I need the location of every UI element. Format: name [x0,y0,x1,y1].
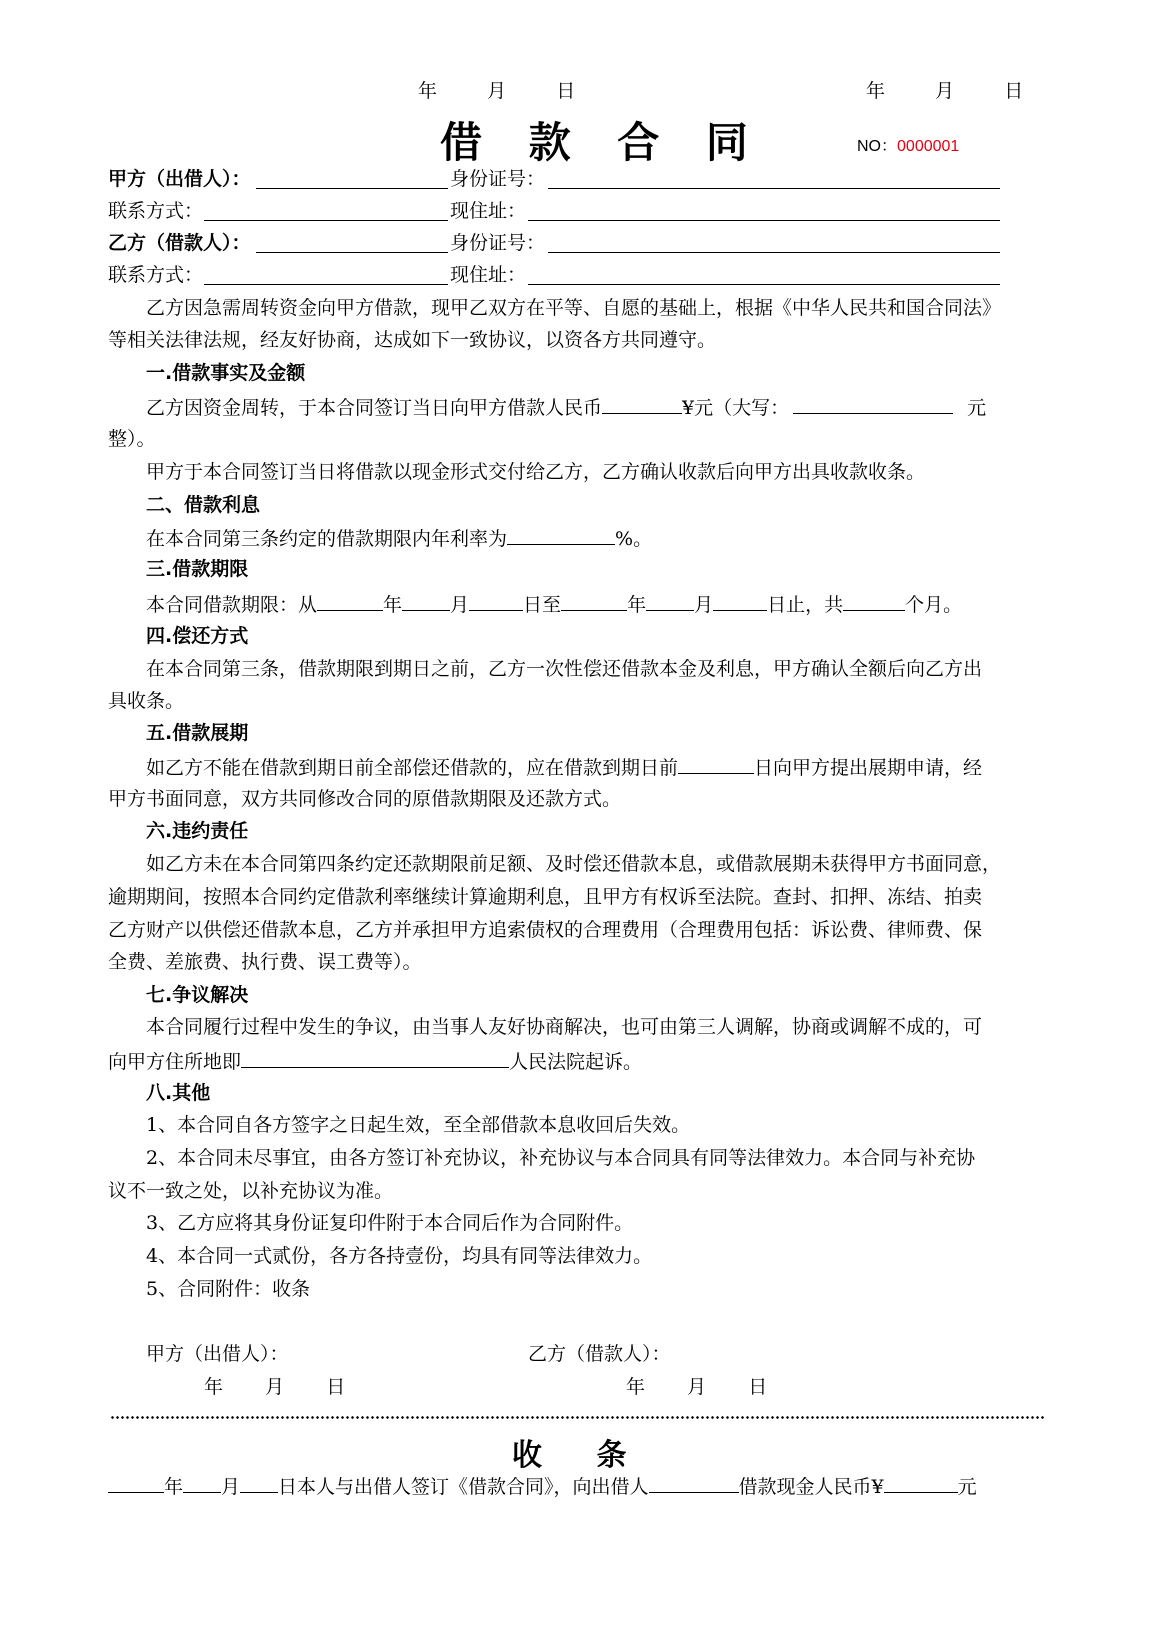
section-8-item-3: 3、乙方应将其身份证复印件附于本合同后作为合同附件。 [146,1212,633,1234]
section-8-item-5: 5、合同附件：收条 [146,1278,310,1300]
text: 在本合同第三条约定的借款期限内年利率为 [146,528,507,550]
section-8-item-4: 4、本合同一式贰份，各方各持壹份，均具有同等法律效力。 [146,1245,652,1267]
lender-id-field[interactable] [548,188,1000,189]
section-1-paragraph-1-cont: 整）。 [108,428,156,450]
month-label: 月 [265,1376,284,1398]
interest-rate-field[interactable] [507,526,615,545]
loan-contract-page: 年 月 日 年 月 日 借 款 合 同 NO：0000001 甲方（出借人）： … [0,0,1166,1651]
section-2-paragraph: 在本合同第三条约定的借款期限内年利率为%。 [146,526,652,550]
text: 向甲方住所地即 [108,1051,241,1073]
receipt-title: 收 条 [512,1430,648,1474]
receipt-amount-field[interactable] [884,1474,958,1493]
borrower-contact-field[interactable] [204,284,448,285]
text: 乙方因资金周转，于本合同签订当日向甲方借款人民币 [146,397,602,419]
lender-contact-field[interactable] [204,220,448,221]
section-4-line-1: 在本合同第三条，借款期限到期日之前，乙方一次性偿还借款本金及利息，甲方确认全额后… [146,658,982,680]
receipt-year-field[interactable] [108,1474,164,1493]
text: 日至 [523,594,561,616]
text: 月 [221,1476,240,1498]
total-months-field[interactable] [843,592,905,611]
intro-line-1: 乙方因急需周转资金向甲方借款，现甲乙双方在平等、自愿的基础上，根据《中华人民共和… [146,297,1001,319]
document-title: 借 款 合 同 [440,110,764,170]
borrower-address-label: 现住址： [450,264,526,286]
borrower-label: 乙方（借款人）： [108,232,251,254]
section-7-line-1: 本合同履行过程中发生的争议，由当事人友好协商解决，也可由第三人调解，协商或调解不… [146,1016,982,1038]
lender-signature-label[interactable]: 甲方（出借人）： [146,1343,289,1365]
year-label: 年 [866,80,885,102]
text: 日向甲方提出展期申请，经 [754,757,982,779]
year-label: 年 [204,1376,223,1398]
text: 月 [694,594,713,616]
section-1-paragraph-1: 乙方因资金周转，于本合同签订当日向甲方借款人民币¥元（大写：元 [146,395,986,419]
lender-name-field[interactable] [256,188,448,189]
month-label: 月 [935,80,954,102]
month-label: 月 [487,80,506,102]
loan-amount-words-field[interactable] [793,395,953,414]
lender-id-label: 身份证号： [450,168,545,190]
contract-number-label: NO： [857,138,897,155]
lender-address-label: 现住址： [450,200,526,222]
intro-line-2: 等相关法律法规，经友好协商，达成如下一致协议，以资各方共同遵守。 [108,329,716,351]
extension-days-field[interactable] [678,755,754,774]
dotted-cut-line [110,1416,1045,1419]
section-6-line-3: 乙方财产以供偿还借款本息，乙方并承担甲方追索债权的合理费用（合理费用包括：诉讼费… [108,919,982,941]
contract-number-value: 0000001 [897,138,959,155]
text: 本合同借款期限：从 [146,594,317,616]
borrower-signature-label[interactable]: 乙方（借款人）： [528,1343,671,1365]
section-8-item-2-line-2: 议不一致之处，以补充协议为准。 [108,1180,393,1202]
borrower-signature-date: 年 月 日 [626,1376,767,1398]
year-label: 年 [626,1376,645,1398]
borrower-name-field[interactable] [256,252,448,253]
text: 人民法院起诉。 [509,1051,642,1073]
start-day-field[interactable] [469,592,523,611]
day-label: 日 [556,80,575,102]
month-label: 月 [687,1376,706,1398]
header-date-right: 年 月 日 [866,80,1023,102]
day-label: 日 [1004,80,1023,102]
section-4-line-2: 具收条。 [108,690,184,712]
borrower-id-field[interactable] [548,252,1000,253]
text: 年 [627,594,646,616]
day-label: 日 [326,1376,345,1398]
borrower-address-field[interactable] [528,284,1000,285]
loan-amount-field[interactable] [602,395,682,414]
section-7-line-2: 向甲方住所地即人民法院起诉。 [108,1049,642,1073]
year-label: 年 [418,80,437,102]
section-6-heading: 六.违约责任 [146,820,248,842]
end-day-field[interactable] [713,592,767,611]
section-8-item-1: 1、本合同自各方签字之日起生效，至全部借款本息收回后失效。 [146,1114,690,1136]
receipt-text: 年月日本人与出借人签订《借款合同》，向出借人借款现金人民币¥元 [108,1474,977,1498]
text: 日本人与出借人签订《借款合同》，向出借人 [278,1476,649,1498]
section-1-paragraph-2: 甲方于本合同签订当日将借款以现金形式交付给乙方，乙方确认收款后向甲方出具收款收条… [146,461,925,483]
text: 元 [958,1476,977,1498]
text: 如乙方不能在借款到期日前全部偿还借款的，应在借款到期日前 [146,757,678,779]
section-6-line-2: 逾期期间，按照本合同约定借款利率继续计算逾期利息，且甲方有权诉至法院。查封、扣押… [108,886,982,908]
section-5-heading: 五.借款展期 [146,722,248,744]
start-month-field[interactable] [402,592,450,611]
borrower-id-label: 身份证号： [450,232,545,254]
day-label: 日 [748,1376,767,1398]
text: 月 [450,594,469,616]
end-month-field[interactable] [646,592,694,611]
header-date-left: 年 月 日 [418,80,575,102]
text: ¥元（大写： [682,397,789,419]
court-location-field[interactable] [241,1049,509,1068]
section-8-item-2-line-1: 2、本合同未尽事宜，由各方签订补充协议，补充协议与本合同具有同等法律效力。本合同… [146,1147,975,1169]
section-5-line-1: 如乙方不能在借款到期日前全部偿还借款的，应在借款到期日前日向甲方提出展期申请，经 [146,755,982,779]
section-6-line-4: 全费、差旅费、执行费、误工费等）。 [108,951,422,973]
section-6-line-1: 如乙方未在本合同第四条约定还款期限前足额、及时偿还借款本息，或借款展期未获得甲方… [146,853,1001,875]
section-8-heading: 八.其他 [146,1082,210,1104]
section-5-line-2: 甲方书面同意，双方共同修改合同的原借款期限及还款方式。 [108,788,621,810]
text: 元 [967,397,986,419]
text: 借款现金人民币¥ [739,1476,884,1498]
end-year-field[interactable] [561,592,627,611]
text: 年 [383,594,402,616]
text: 年 [164,1476,183,1498]
section-4-heading: 四.偿还方式 [146,625,248,647]
lender-contact-label: 联系方式： [108,200,203,222]
section-3-paragraph: 本合同借款期限：从年月日至年月日止，共个月。 [146,592,962,616]
text: %。 [615,528,652,550]
text: 日止，共 [767,594,843,616]
section-1-heading: 一.借款事实及金额 [146,362,305,384]
receipt-month-field[interactable] [183,1474,221,1493]
receipt-lender-field[interactable] [649,1474,739,1493]
lender-signature-date: 年 月 日 [204,1376,345,1398]
lender-label: 甲方（出借人）： [108,168,251,190]
lender-address-field[interactable] [528,220,1000,221]
section-7-heading: 七.争议解决 [146,984,248,1006]
receipt-day-field[interactable] [240,1474,278,1493]
section-3-heading: 三.借款期限 [146,558,248,580]
borrower-contact-label: 联系方式： [108,264,203,286]
section-2-heading: 二、借款利息 [146,494,260,516]
start-year-field[interactable] [317,592,383,611]
text: 个月。 [905,594,962,616]
contract-number: NO：0000001 [857,133,959,156]
